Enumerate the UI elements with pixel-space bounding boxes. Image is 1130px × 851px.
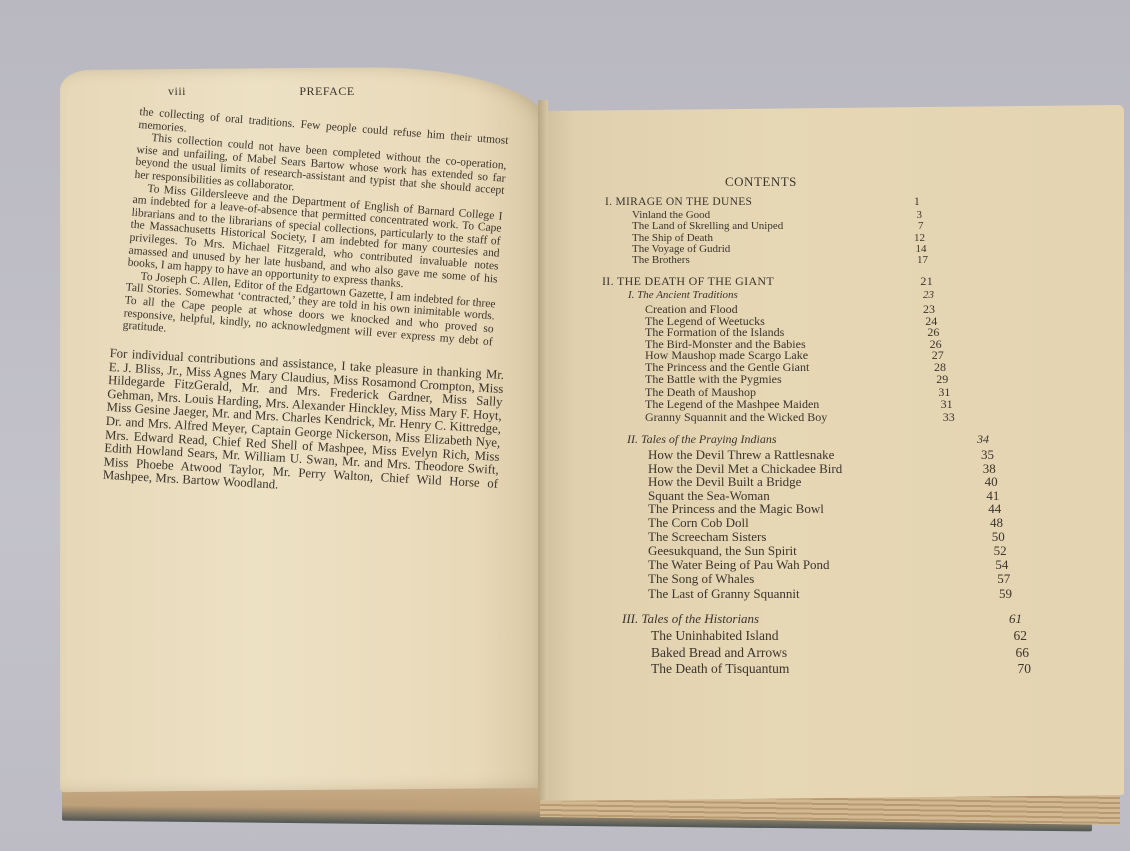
contents-entry-title: Baked Bread and Arrows — [651, 645, 787, 661]
preface-paragraph: For individual contributions and assista… — [102, 347, 504, 505]
contents-entry: The Land of Skrelling and Uniped7 — [632, 220, 924, 232]
contents-entry-page: 1 — [914, 196, 920, 208]
contents-entry: The Last of Granny Squannit59 — [648, 586, 1012, 602]
contents-entry-title: Granny Squannit and the Wicked Boy — [645, 410, 827, 425]
contents-entry: The Uninhabited Island62 — [651, 628, 1027, 644]
contents-entry-title: The Death of Tisquantum — [651, 661, 789, 677]
contents-section: II. Tales of the Praying Indians34 — [627, 432, 989, 447]
contents-entry-title: The Uninhabited Island — [651, 628, 778, 644]
contents-entry: The Song of Whales57 — [648, 571, 1010, 587]
contents-entry-page: 61 — [1009, 611, 1022, 627]
contents-entry-page: 66 — [1016, 645, 1030, 661]
contents-entry-title: The Song of Whales — [648, 571, 754, 587]
contents-entry-title: II. Tales of the Praying Indians — [627, 432, 777, 447]
contents-entry-title: I. The Ancient Traditions — [628, 289, 738, 301]
contents-title: CONTENTS — [725, 174, 797, 190]
preface-acknowledgments: For individual contributions and assista… — [102, 347, 504, 505]
contents-entry-title: The Last of Granny Squannit — [648, 586, 800, 602]
contents-entry-page: 23 — [923, 289, 934, 301]
contents-entry-page: 21 — [920, 274, 933, 289]
contents-entry-page: 70 — [1018, 661, 1032, 677]
contents-entry-page: 34 — [977, 432, 989, 447]
contents-entry: Granny Squannit and the Wicked Boy33 — [645, 410, 955, 425]
contents-entry: Baked Bread and Arrows66 — [651, 645, 1029, 661]
contents-entry-page: 17 — [917, 254, 928, 266]
contents-entry-page: 62 — [1014, 628, 1028, 644]
contents-entry: The Brothers17 — [632, 254, 928, 266]
book-gutter — [538, 100, 548, 800]
contents-entry-title: The Land of Skrelling and Uniped — [632, 220, 783, 232]
contents-part: II. THE DEATH OF THE GIANT21 — [602, 274, 933, 289]
page-number: viii — [168, 84, 186, 99]
running-head: PREFACE — [299, 84, 354, 99]
contents-part: I. MIRAGE ON THE DUNES1 — [605, 196, 920, 208]
contents-entry-page: 57 — [997, 571, 1010, 587]
contents-entry-page: 59 — [999, 586, 1012, 602]
contents-entry-title: II. THE DEATH OF THE GIANT — [602, 274, 774, 289]
contents-entry-title: I. MIRAGE ON THE DUNES — [605, 196, 752, 208]
contents-entry-title: The Brothers — [632, 254, 690, 266]
contents-entry: The Death of Tisquantum70 — [651, 661, 1031, 677]
contents-section: III. Tales of the Historians61 — [622, 611, 1022, 627]
contents-section: I. The Ancient Traditions23 — [628, 289, 934, 301]
contents-entry-page: 33 — [943, 410, 955, 425]
preface-body: the collecting of oral traditions. Few p… — [122, 106, 509, 361]
left-page-header: viii PREFACE — [150, 84, 520, 99]
contents-entry-title: III. Tales of the Historians — [622, 611, 759, 627]
contents-entry-page: 7 — [918, 220, 924, 232]
